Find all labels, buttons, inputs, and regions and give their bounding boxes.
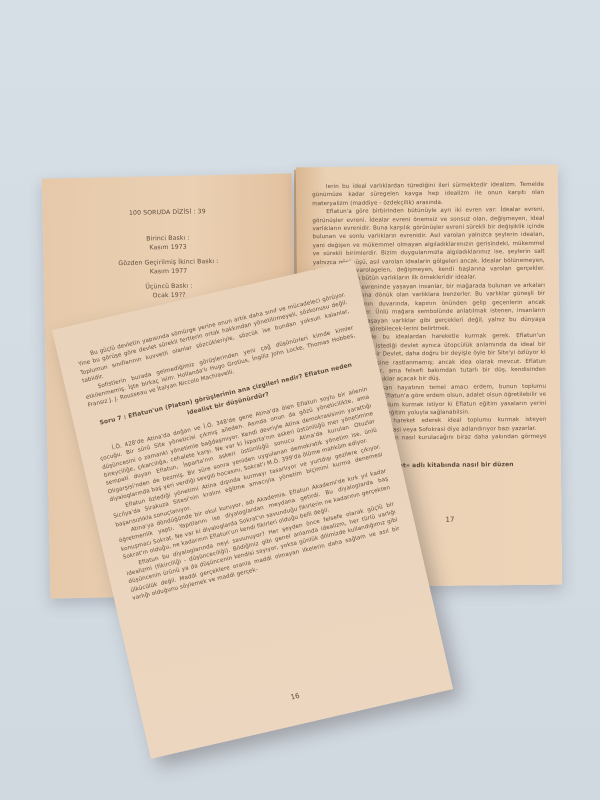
page-number-16: 16 (290, 692, 300, 702)
paragraph: lerin bu ideal varlıklardan türediğini i… (312, 181, 544, 209)
page-number-17: 17 (445, 516, 454, 524)
series-title: 100 SORUDA DİZİSİ : 39 (42, 205, 292, 220)
